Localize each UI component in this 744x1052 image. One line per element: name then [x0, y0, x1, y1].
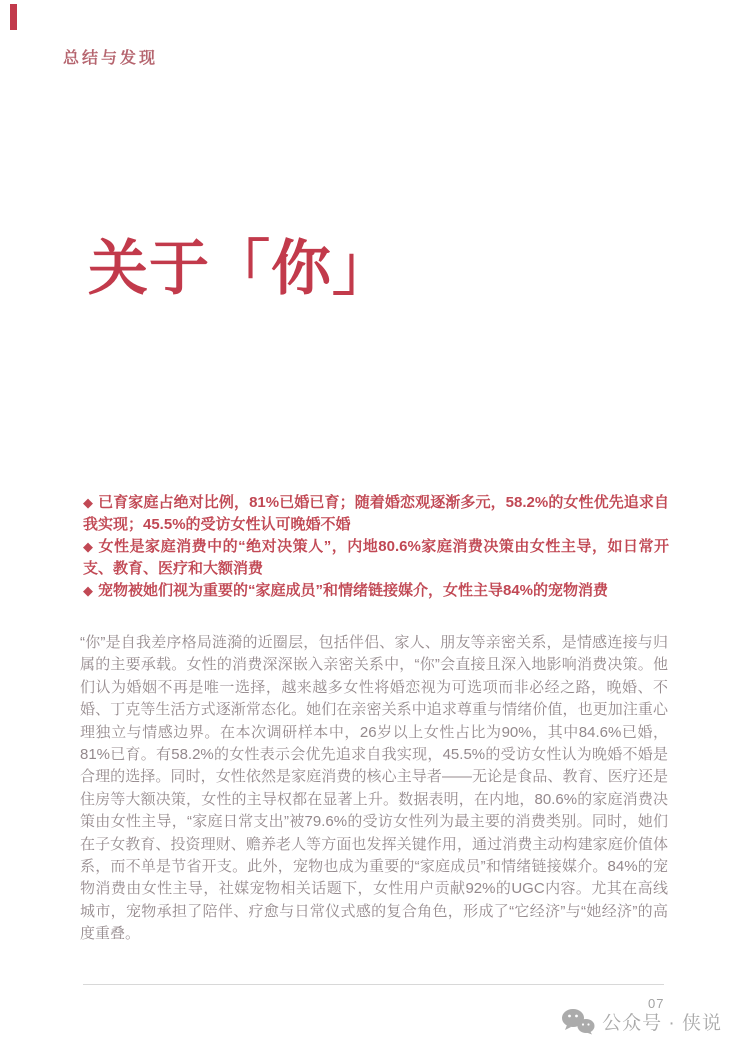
corner-accent-bar: [10, 4, 17, 30]
footer-divider: [83, 984, 664, 985]
report-page: 总结与发现 关于「你」 ◆已育家庭占绝对比例，81%已婚已育；随着婚恋观逐渐多元…: [0, 0, 744, 1052]
key-finding-text: 宠物被她们视为重要的“家庭成员”和情绪链接媒介，女性主导84%的宠物消费: [98, 582, 608, 599]
diamond-bullet-icon: ◆: [83, 495, 93, 510]
diamond-bullet-icon: ◆: [83, 539, 94, 554]
key-finding-text: 已育家庭占绝对比例，81%已婚已育；随着婚恋观逐渐多元，58.2%的女性优先追求…: [83, 494, 669, 533]
key-finding-text: 女性是家庭消费中的“绝对决策人”，内地80.6%家庭消费决策由女性主导，如日常开…: [83, 538, 669, 577]
watermark: 公众号 · 侠说: [561, 1006, 722, 1036]
wechat-logo-icon: [561, 1008, 595, 1035]
body-paragraph: “你”是自我差序格局涟漪的近圈层，包括伴侣、家人、朋友等亲密关系，是情感连接与归…: [80, 632, 668, 946]
key-findings-list: ◆已育家庭占绝对比例，81%已婚已育；随着婚恋观逐渐多元，58.2%的女性优先追…: [83, 492, 669, 602]
key-finding-item: ◆已育家庭占绝对比例，81%已婚已育；随着婚恋观逐渐多元，58.2%的女性优先追…: [83, 492, 669, 536]
section-header: 总结与发现: [63, 45, 158, 68]
diamond-bullet-icon: ◆: [83, 583, 93, 598]
key-finding-item: ◆女性是家庭消费中的“绝对决策人”，内地80.6%家庭消费决策由女性主导，如日常…: [83, 536, 669, 580]
page-title: 关于「你」: [88, 234, 393, 304]
key-finding-item: ◆宠物被她们视为重要的“家庭成员”和情绪链接媒介，女性主导84%的宠物消费: [83, 580, 669, 602]
watermark-text: 公众号 · 侠说: [602, 1008, 722, 1035]
